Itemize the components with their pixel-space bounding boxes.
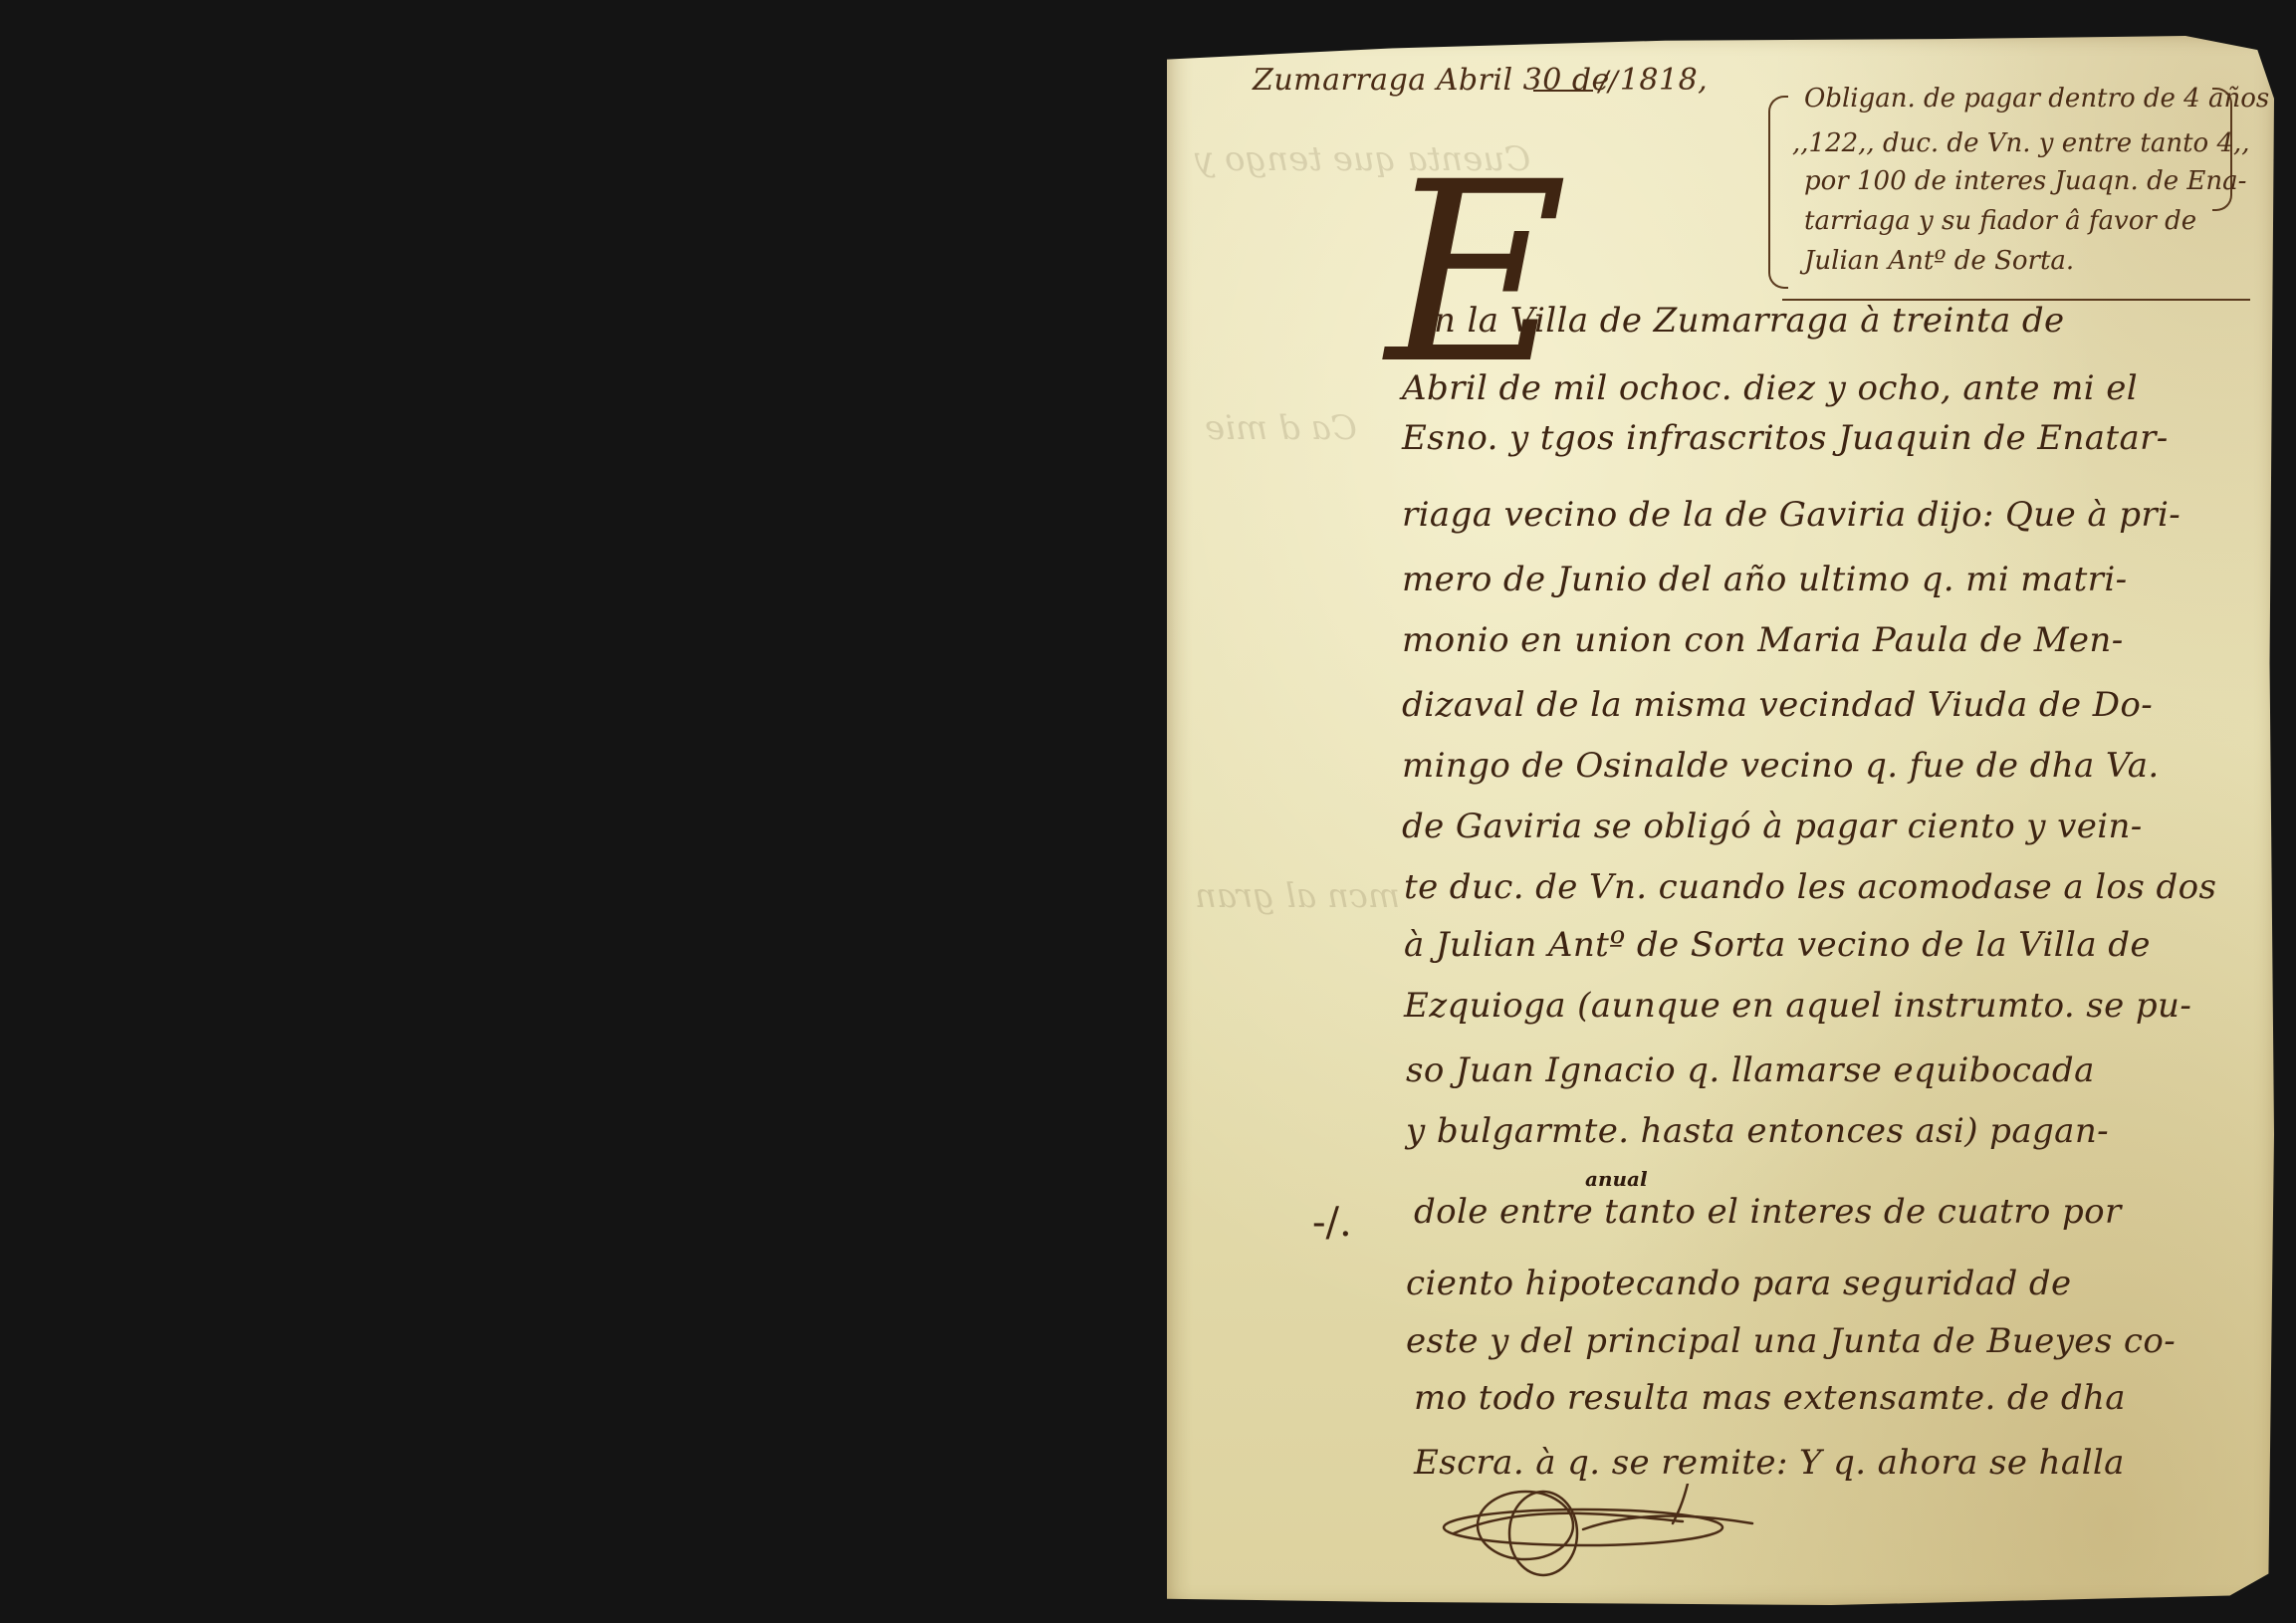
marginal-note-line: por 100 de interes Juaqn. de Ena- xyxy=(1804,166,2246,196)
marginal-note-line: Julian Antº de Sorta. xyxy=(1804,246,2074,276)
body-text-line: n la Villa de Zumarraga à treinta de xyxy=(1434,301,2065,341)
body-text-line: te duc. de Vn. cuando les acomodase a lo… xyxy=(1404,867,2216,907)
closing-flourish-icon xyxy=(1434,1484,1792,1593)
body-text-line: Abril de mil ochoc. diez y ocho, ante mi… xyxy=(1402,368,2138,408)
body-text-line: Ezquioga (aunque en aquel instrumto. se … xyxy=(1404,986,2191,1026)
bleed-through-text: mcn al gran xyxy=(1195,876,1400,916)
decorated-initial-letter: E xyxy=(1386,149,1568,398)
body-text-line: este y del principal una Junta de Bueyes… xyxy=(1406,1321,2176,1361)
margin-mark-slash: -/. xyxy=(1312,1203,1352,1243)
interlinear-insertion: anual xyxy=(1585,1167,1648,1191)
body-text-line: dole entre tanto el interes de cuatro po… xyxy=(1414,1192,2122,1232)
marginal-note-line: tarriaga y su fiador â favor de xyxy=(1804,206,2196,236)
body-text-line: monio en union con Maria Paula de Men- xyxy=(1402,620,2124,660)
body-text-line: de Gaviria se obligó à pagar ciento y ve… xyxy=(1402,807,2143,846)
body-text-line: à Julian Antº de Sorta vecino de la Vill… xyxy=(1404,925,2151,965)
document-viewer: Cuenta que tengo y Ca d mie mcn al gran … xyxy=(0,0,2296,1623)
body-text-line: ciento hipotecando para seguridad de xyxy=(1406,1264,2072,1303)
marginal-note-line: ,,122,, duc. de Vn. y entre tanto 4,, xyxy=(1792,128,2250,158)
bleed-through-text: Ca d mie xyxy=(1205,408,1357,448)
body-text-line: riaga vecino de la de Gaviria dijo: Que … xyxy=(1402,495,2181,535)
body-text-line: mero de Junio del año ultimo q. mi matri… xyxy=(1402,560,2128,599)
body-text-line: y bulgarmte. hasta entonces asi) pagan- xyxy=(1406,1111,2109,1151)
left-brace-icon xyxy=(1768,96,1788,289)
body-text-line: mo todo resulta mas extensamte. de dha xyxy=(1414,1378,2126,1418)
document-header-place-date: Zumarraga Abril 30 de 1818, xyxy=(1253,66,1708,96)
marginal-note-line: Obligan. de pagar dentro de 4 años xyxy=(1804,84,2269,114)
header-rule xyxy=(1533,90,1593,92)
body-text-line: so Juan Ignacio q. llamarse equibocada xyxy=(1406,1050,2095,1090)
body-text-line: mingo de Osinalde vecino q. fue de dha V… xyxy=(1402,746,2160,786)
body-text-line: Esno. y tgos infrascritos Juaquin de Ena… xyxy=(1402,418,2169,458)
body-text-line: Escra. à q. se remite: Y q. ahora se hal… xyxy=(1414,1443,2125,1483)
body-text-line: dizaval de la misma vecindad Viuda de Do… xyxy=(1402,685,2153,725)
header-mark: // xyxy=(1599,68,1618,96)
